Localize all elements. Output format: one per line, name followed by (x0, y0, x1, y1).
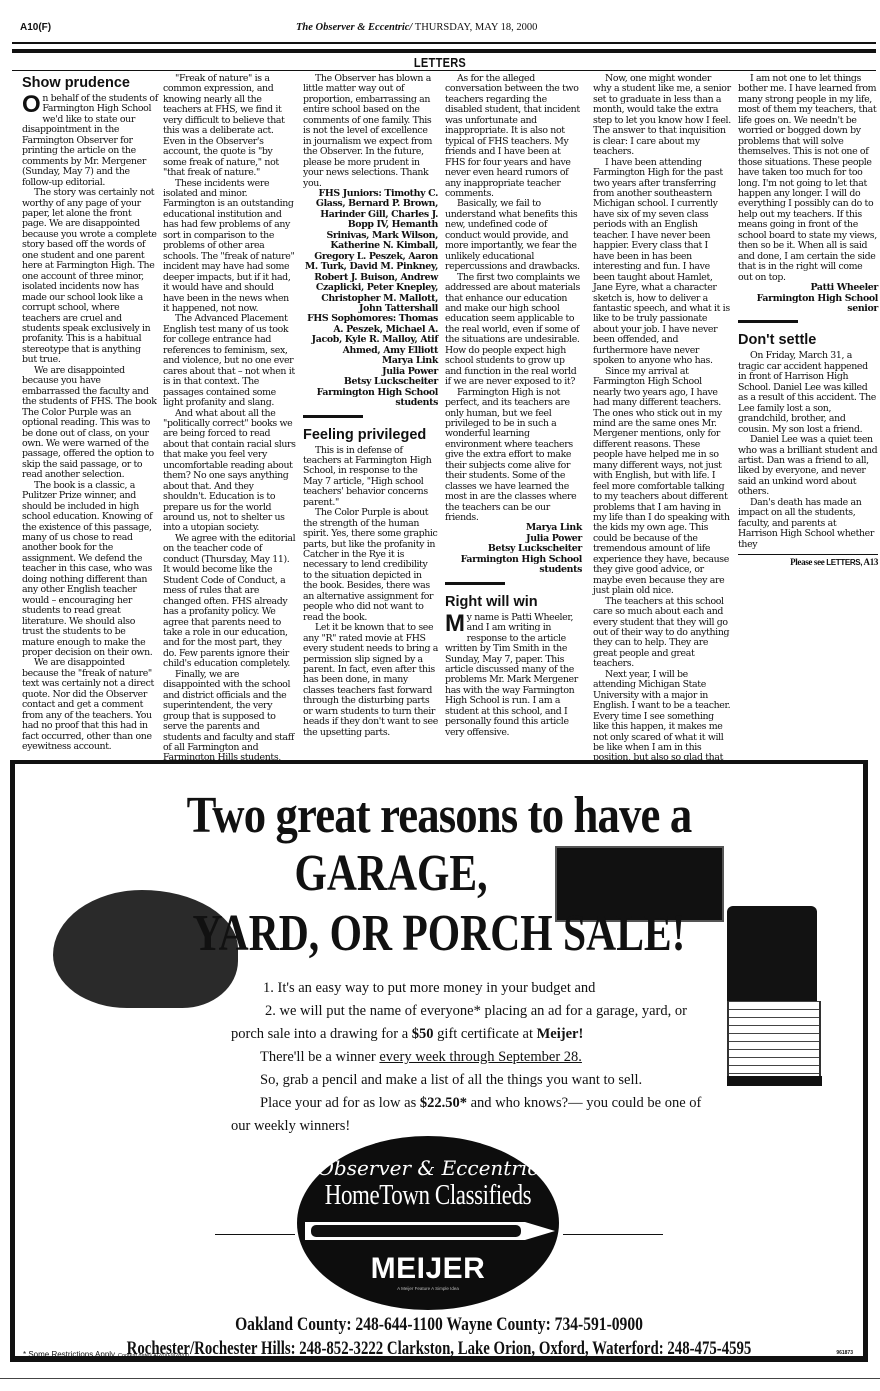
ad-headline-line3: YARD, OR PORCH SALE! (100, 904, 778, 963)
logo-line1: Observer & Eccentric (297, 1156, 559, 1180)
letter-col4: As for the alleged conversation between … (445, 74, 582, 738)
paragraph: The Color Purple is about the strength o… (303, 508, 438, 623)
paragraph: This is in defense of teachers at Farmin… (303, 446, 438, 509)
paragraph: We are disappointed because the "freak o… (22, 658, 158, 752)
letter-col5: Now, one might wonder why a student like… (593, 74, 731, 868)
classified-advertisement: Two great reasons to have a GARAGE, YARD… (10, 760, 868, 1362)
headline-show-prudence: Show prudence (22, 74, 158, 92)
meijer-logo: MEIJER (297, 1252, 559, 1286)
winner-line: There'll be a winner every week through … (260, 1045, 582, 1069)
divider (445, 582, 505, 585)
page-bottom-rule (0, 1378, 880, 1379)
jump-label: LETTERS, (826, 558, 862, 567)
dropcap: O (22, 95, 40, 115)
letter-show-prudence-col2: "Freak of nature" is a common expression… (163, 74, 296, 879)
reason-1: 1. It's an easy way to put more money in… (263, 976, 595, 1000)
section-rule-top (12, 49, 876, 53)
headline-feeling-privileged: Feeling privileged (303, 426, 438, 444)
paragraph: Since my arrival at Farmington High Scho… (593, 367, 731, 597)
pencil-icon (305, 1222, 555, 1240)
paper-title: The Observer & Eccentric/ THURSDAY, MAY … (296, 22, 537, 33)
paragraph: Let it be known that to see any "R" rate… (303, 623, 438, 738)
headline-dont-settle: Don't settle (738, 331, 878, 349)
logo-rule-left (215, 1234, 295, 1235)
paragraph: We agree with the editorial on the teach… (163, 534, 296, 670)
signature: senior (738, 304, 878, 314)
page-number: A10(F) (20, 22, 51, 33)
paragraph: The story was certainly not worthy of an… (22, 188, 158, 366)
issue-date: THURSDAY, MAY 18, 2000 (415, 22, 538, 33)
signature: FHS Juniors: Timothy C. Glass, Bernard P… (303, 189, 438, 314)
section-rule-bottom (12, 70, 876, 71)
paragraph: I am not one to let things bother me. I … (738, 74, 878, 283)
letter-show-prudence-col1: Show prudence On behalf of the students … (22, 74, 158, 753)
section-title: LETTERS (66, 55, 814, 70)
paragraph: I have been attending Farmington High fo… (593, 158, 731, 367)
masthead-rule (12, 42, 876, 44)
paragraph: As for the alleged conversation between … (445, 74, 582, 199)
letter-col3: The Observer has blown a little matter w… (303, 74, 438, 738)
logo-rule-right (563, 1234, 663, 1235)
ad-headline-line1: Two great reasons to have a (74, 786, 803, 845)
price-line-cont: our weekly winners! (231, 1114, 350, 1138)
phone-numbers-line1: Oakland County: 248-644-1100 Wayne Count… (91, 1314, 786, 1336)
paragraph: The teachers at this school care so much… (593, 597, 731, 670)
signature: students (303, 398, 438, 408)
letter-col6: I am not one to let things bother me. I … (738, 74, 878, 568)
hometown-classifieds-logo: Observer & Eccentric HomeTown Classified… (297, 1136, 559, 1310)
paragraph: On Friday, March 31, a tragic car accide… (738, 351, 878, 435)
meijer-tagline: A Meijer Feature A Simple Idea (297, 1286, 559, 1291)
paragraph: And what about all the "politically corr… (163, 409, 296, 534)
continued-jump-link[interactable]: Please see LETTERS, A13 (738, 554, 878, 568)
paragraph: Now, one might wonder why a student like… (593, 74, 731, 158)
signature: FHS Sophomores: Thomas A. Peszek, Michae… (303, 314, 438, 356)
grab-line: So, grab a pencil and make a list of all… (260, 1068, 642, 1092)
paragraph: The first two complaints we addressed ar… (445, 273, 582, 388)
divider (303, 415, 363, 418)
jump-page: A13 (864, 557, 878, 567)
paragraph: We are disappointed because you have emb… (22, 366, 158, 481)
restrictions-note: * Some Restrictions ApplyContest dates 4… (23, 1350, 189, 1359)
ad-headline-line2: GARAGE, (100, 844, 778, 903)
paragraph: The book is a classic, a Pulitzer Prize … (22, 481, 158, 659)
signature: students (445, 565, 582, 575)
paragraph: These incidents were isolated and minor.… (163, 179, 296, 315)
masthead: A10(F) The Observer & Eccentric/ THURSDA… (6, 18, 876, 38)
dropcap: M (445, 614, 465, 634)
paper-name: The Observer & Eccentric/ (296, 22, 412, 33)
paragraph: On behalf of the students of Farmington … (22, 94, 158, 188)
paragraph: Daniel Lee was a quiet teen who was a br… (738, 435, 878, 498)
paragraph: The Observer has blown a little matter w… (303, 74, 438, 189)
phone-numbers-line2: Rochester/Rochester Hills: 248-852-3222 … (108, 1338, 769, 1360)
divider (738, 320, 798, 323)
paragraph: My name is Patti Wheeler, and I am writi… (445, 613, 582, 738)
paragraph: The Advanced Placement English test many… (163, 314, 296, 408)
jump-prefix: Please see (790, 557, 824, 567)
logo-line2: HomeTown Classifieds (321, 1180, 536, 1212)
paragraph: Farmington High is not perfect, and its … (445, 388, 582, 524)
price-line: Place your ad for as low as $22.50* and … (260, 1091, 701, 1115)
reason-2-cont: porch sale into a drawing for a $50 gift… (231, 1022, 583, 1046)
contest-dates: Contest dates 4/2/00-9/28/00 (118, 1353, 189, 1359)
reason-2: 2. we will put the name of everyone* pla… (265, 999, 687, 1023)
paragraph: Basically, we fail to understand what be… (445, 199, 582, 272)
signature: Patti Wheeler (738, 283, 878, 293)
paragraph: Dan's death has made an impact on all th… (738, 498, 878, 550)
paragraph: "Freak of nature" is a common expression… (163, 74, 296, 179)
ad-code: 961873 (836, 1350, 853, 1356)
headline-right-will-win: Right will win (445, 593, 582, 611)
